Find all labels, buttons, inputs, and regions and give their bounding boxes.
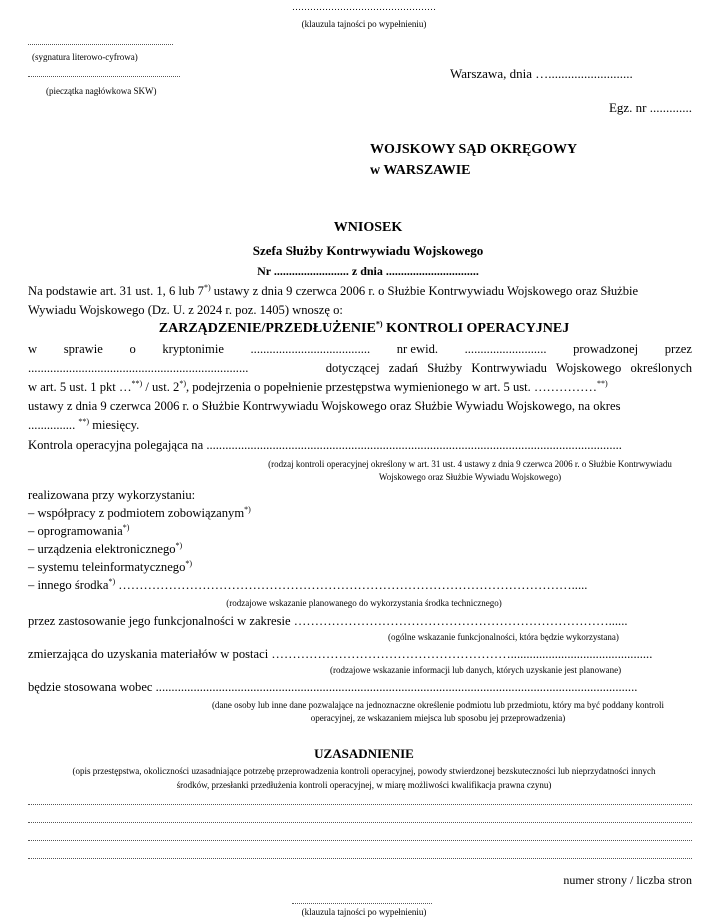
case-line3[interactable]: w art. 5 ust. 1 pkt …**) / ust. 2*), pod… — [28, 380, 608, 395]
place-date-field[interactable]: Warszawa, dnia …........................… — [450, 66, 633, 82]
top-classification-dots[interactable]: ………………………………………… — [0, 2, 728, 12]
scope-hint: (ogólne wskazanie funkcjonalności, która… — [388, 632, 619, 642]
legal-basis-line1: Na podstawie art. 31 ust. 1, 6 lub 7*) u… — [28, 284, 638, 299]
materials-hint: (rodzajowe wskazanie informacji lub dany… — [330, 665, 621, 675]
court-city: w WARSZAWIE — [370, 163, 471, 179]
top-classification-label: (klauzula tajności po wypełnieniu) — [0, 19, 728, 29]
means-intro: realizowana przy wykorzystaniu: — [28, 488, 195, 503]
document-title: WNIOSEK — [0, 220, 728, 236]
justification-line-4[interactable] — [28, 858, 692, 859]
bottom-classification-field[interactable] — [292, 903, 432, 904]
justification-line-2[interactable] — [28, 822, 692, 823]
control-type-line[interactable]: Kontrola operacyjna polegająca na ......… — [28, 438, 692, 453]
copy-number-field[interactable]: Egz. nr ............. — [609, 100, 692, 116]
case-line2: ........................................… — [28, 361, 692, 376]
control-type-hint-1: (rodzaj kontroli operacyjnej określony w… — [210, 459, 728, 469]
registry-number-field[interactable]: .......................... — [465, 342, 547, 357]
means-option-ict-system[interactable]: – systemu teleinformatycznego*) — [28, 560, 192, 575]
means-option-other[interactable]: – innego środka*) …………………………………………………………… — [28, 578, 692, 593]
means-option-cooperation[interactable]: – współpracy z podmiotem zobowiązanym*) — [28, 506, 251, 521]
justification-line-3[interactable] — [28, 840, 692, 841]
other-means-hint: (rodzajowe wskazanie planowanego do wyko… — [0, 598, 728, 608]
control-type-field: ........................................… — [206, 438, 622, 452]
materials-field: ………………………………………………….....................… — [271, 647, 652, 661]
page-info: numer strony / liczba stron — [563, 873, 692, 888]
other-means-field: ………………………………………………………………………………………………....… — [115, 578, 587, 592]
justification-line-1[interactable] — [28, 804, 692, 805]
justification-heading: UZASADNIENIE — [0, 746, 728, 762]
scope-field: …………………………………………………………………...... — [294, 614, 628, 628]
target-hint-2: operacyjnej, ze wskazaniem miejsca lub s… — [158, 713, 718, 723]
signature-label: (sygnatura literowo-cyfrowa) — [32, 52, 138, 62]
cryptonym-field[interactable]: ...................................... — [251, 342, 371, 357]
conducted-by-field[interactable]: ........................................… — [28, 361, 248, 376]
target-field: ........................................… — [156, 680, 638, 694]
legal-basis-line2: Wywiadu Wojskowego (Dz. U. z 2024 r. poz… — [28, 303, 343, 318]
justification-hint-1: (opis przestępstwa, okoliczności uzasadn… — [0, 766, 728, 776]
signature-field[interactable] — [28, 44, 173, 45]
stamp-label: (pieczątka nagłówkowa SKW) — [46, 86, 156, 96]
control-type-hint-2: Wojskowego oraz Służbie Wywiadu Wojskowe… — [210, 472, 728, 482]
document-number-date-field[interactable]: Nr ......................... z dnia ....… — [0, 264, 728, 279]
scope-line[interactable]: przez zastosowanie jego funkcjonalności … — [28, 614, 692, 629]
materials-line[interactable]: zmierzająca do uzyskania materiałów w po… — [28, 647, 692, 662]
case-line4: ustawy z dnia 9 czerwca 2006 r. o Służbi… — [28, 399, 621, 414]
means-option-software[interactable]: – oprogramowania*) — [28, 524, 129, 539]
justification-hint-2: środków, przesłanki przedłużenia kontrol… — [0, 780, 728, 790]
target-hint-1: (dane osoby lub inne dane pozwalające na… — [158, 700, 718, 710]
document-subtitle: Szefa Służby Kontrwywiadu Wojskowego — [0, 243, 728, 259]
target-line[interactable]: będzie stosowana wobec .................… — [28, 680, 692, 695]
bottom-classification-label: (klauzula tajności po wypełnieniu) — [0, 907, 728, 917]
means-option-electronic-device[interactable]: – urządzenia elektronicznego*) — [28, 542, 182, 557]
court-name: WOJSKOWY SĄD OKRĘGOWY — [370, 142, 577, 158]
case-line1: w sprawie o kryptonimie ................… — [28, 342, 692, 357]
period-months-field[interactable]: ............... **) miesięcy. — [28, 418, 139, 433]
stamp-field[interactable] — [28, 76, 180, 77]
decision-heading[interactable]: ZARZĄDZENIE/PRZEDŁUŻENIE*) KONTROLI OPER… — [0, 321, 728, 337]
